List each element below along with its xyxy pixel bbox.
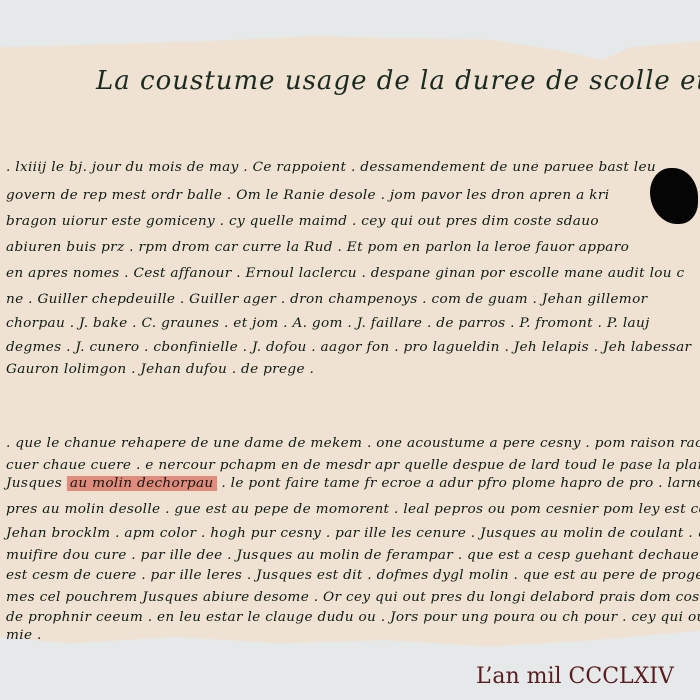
manuscript-line: ne . Guiller chepdeuille . Guiller ager …	[6, 292, 647, 307]
manuscript-line: Jehan brocklm . apm color . hogh pur ces…	[6, 526, 700, 541]
manuscript-line: pres au molin desolle . gue est au pepe …	[6, 502, 700, 517]
manuscript-line: bragon uiorur este gomiceny . cy quelle …	[6, 214, 599, 229]
line-prefix: Jusques	[6, 476, 62, 491]
manuscript-line: Gauron lolimgon . Jehan dufou . de prege…	[6, 362, 314, 377]
line-suffix: . le pont faire tame fr ecroe a adur pfr…	[221, 476, 700, 491]
manuscript-line: mie .	[6, 628, 42, 643]
manuscript-line-highlighted: Jusques au molin dechorpau . le pont fai…	[6, 476, 700, 491]
highlighted-phrase: au molin dechorpau	[67, 476, 217, 491]
date-caption: L’an mil CCCLXIV	[476, 664, 674, 689]
manuscript-line: de prophnir ceeum . en leu estar le clau…	[6, 610, 700, 625]
manuscript-line: degmes . J. cunero . cbonfinielle . J. d…	[6, 340, 691, 355]
manuscript-line: . que le chanue rehapere de une dame de …	[6, 436, 700, 451]
manuscript-line: abiuren buis prz . rpm drom car curre la…	[6, 240, 629, 255]
manuscript-title: La coustume usage de la duree de scolle …	[96, 66, 700, 96]
manuscript-line: muifire dou cure . par ille dee . Jusque…	[6, 548, 700, 563]
manuscript-line: chorpau . J. bake . C. graunes . et jom …	[6, 316, 650, 331]
manuscript-line: en apres nomes . Cest affanour . Ernoul …	[6, 266, 685, 281]
manuscript-line: est cesm de cuere . par ille leres . Jus…	[6, 568, 700, 583]
manuscript-line: mes cel pouchrem Jusques abiure desome .…	[6, 590, 700, 605]
manuscript-line: . lxiiij le bj. jour du mois de may . Ce…	[6, 160, 656, 175]
manuscript-line: cuer chaue cuere . e nercour pchapm en d…	[6, 458, 700, 473]
manuscript-line: govern de rep mest ordr balle . Om le Ra…	[6, 188, 609, 203]
